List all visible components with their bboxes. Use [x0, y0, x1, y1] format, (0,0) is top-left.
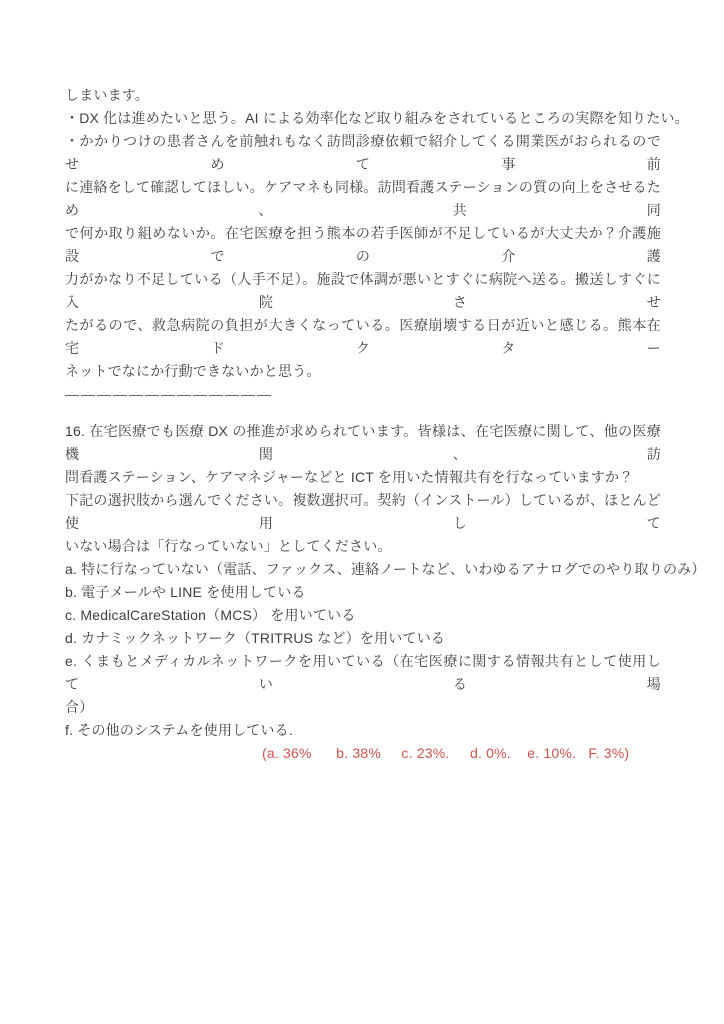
option-a: a. 特に行なっていない（電話、ファックス、連絡ノートなど、いわゆるアナログでの…: [65, 558, 661, 581]
question-16-instruction-line: いない場合は「行なっていない」としてください。: [65, 535, 661, 558]
intro-line: ・かかりつけの患者さんを前触れもなく訪問診療依頼で紹介してくる開業医がおられるの…: [65, 130, 661, 176]
option-e-continued: 合）: [65, 696, 661, 719]
option-f: f. その他のシステムを使用している.: [65, 719, 661, 742]
free-comment-paragraph: しまいます。 ・DX 化は進めたいと思う。AI による効率化など取り組みをされて…: [65, 84, 661, 406]
intro-line: で何か取り組めないか。在宅医療を担う熊本の若手医師が不足しているが大丈夫か？介護…: [65, 222, 661, 268]
option-b: b. 電子メールや LINE を使用している: [65, 581, 661, 604]
question-16-instruction-line: 下記の選択肢から選んでください。複数選択可。契約（インストール）しているが、ほと…: [65, 489, 661, 535]
intro-line: たがるので、救急病院の負担が大きくなっている。医療崩壊する日が近いと感じる。熊本…: [65, 314, 661, 360]
survey-result-percentages: (a. 36% b. 38% c. 23%. d. 0%. e. 10%. F.…: [65, 742, 661, 765]
option-c: c. MedicalCareStation（MCS） を用いている: [65, 604, 661, 627]
intro-line: ・DX 化は進めたいと思う。AI による効率化など取り組みをされているところの実…: [65, 107, 661, 130]
intro-line: に連絡をして確認してほしい。ケアマネも同様。訪問看護ステーションの質の向上をさせ…: [65, 176, 661, 222]
intro-line: 力がかなり不足している（人手不足）。施設で体調が悪いとすぐに病院へ送る。搬送しす…: [65, 268, 661, 314]
intro-line: ネットでなにか行動できないかと思う。: [65, 360, 661, 383]
section-divider: ―――――――――――――: [65, 383, 661, 406]
question-16-block: 16. 在宅医療でも医療 DX の推進が求められています。皆様は、在宅医療に関し…: [65, 420, 661, 765]
question-16-text-line: 16. 在宅医療でも医療 DX の推進が求められています。皆様は、在宅医療に関し…: [65, 420, 661, 466]
option-e: e. くまもとメディカルネットワークを用いている（在宅医療に関する情報共有として…: [65, 650, 661, 696]
question-16-text-line: 問看護ステーション、ケアマネジャーなどと ICT を用いた情報共有を行なっていま…: [65, 466, 661, 489]
document-page: しまいます。 ・DX 化は進めたいと思う。AI による効率化など取り組みをされて…: [65, 84, 661, 765]
intro-line: しまいます。: [65, 84, 661, 107]
option-d: d. カナミックネットワーク（TRITRUS など）を用いている: [65, 627, 661, 650]
